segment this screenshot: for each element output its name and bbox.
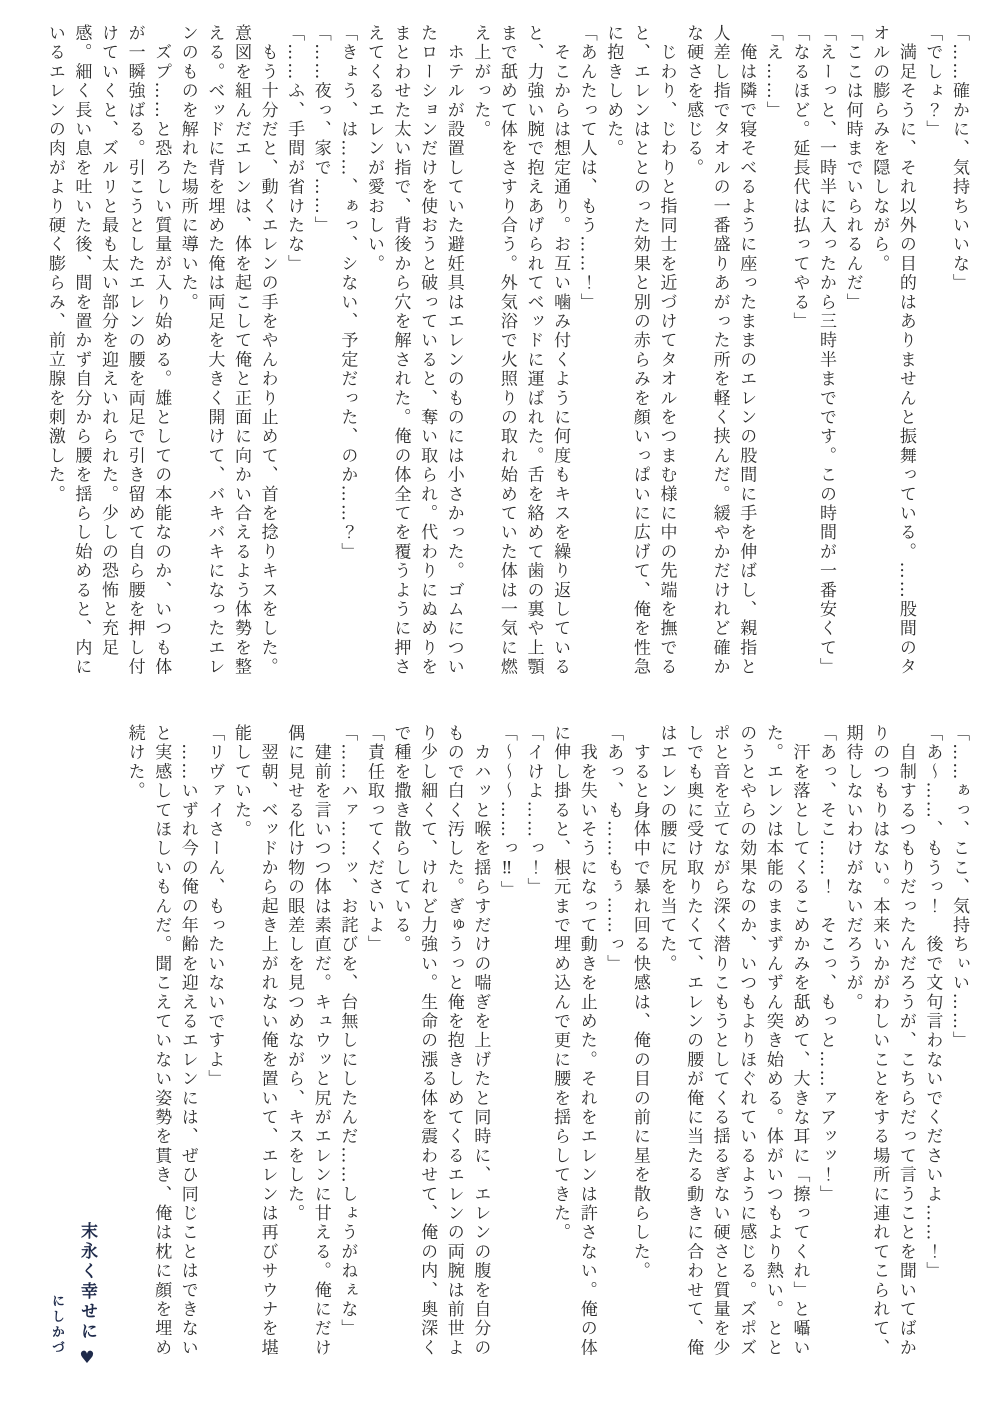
dialogue-line: 「あっ、そこ……！ そこっ、もっと……ァアッッ！」 [812, 724, 839, 1372]
dialogue-line: 「あんたって人は、もう……！」 [573, 24, 600, 686]
heart-icon: ♥ [77, 1348, 97, 1371]
novel-page: 「……確かに、気持ちいいな」 「でしょ？」 満足そうに、それ以外の目的はありませ… [0, 0, 1000, 1414]
author-signature: 末永く幸せに♥ にしかづ [34, 1222, 100, 1374]
narration-paragraph: 満足そうに、それ以外の目的はありませんと振舞っている。……股間のタオルの膨らみを… [866, 24, 919, 686]
dialogue-line: 「なるほど。延長代は払ってやる」 [786, 24, 813, 686]
narration-paragraph: 自制するつもりだったんだろうが、こちらだって言うことを聞いてばかりのつもりはない… [839, 724, 919, 1372]
dialogue-line: 「……ぁっ、ここ、気持ちぃい……」 [945, 724, 972, 1372]
narration-paragraph: じわり、じわりと指同士を近づけてタオルをつまむ様に中の先端を撫でると、エレンはと… [600, 24, 680, 686]
text-block-bottom: 「……ぁっ、ここ、気持ちぃい……」 「あ～……、もうっ！ 後で文句言わないでくだ… [108, 724, 972, 1372]
dialogue-line: 「～～～……っ‼」 [493, 724, 520, 1372]
dialogue-line: 「……ふ、手間が省けたな」 [281, 24, 308, 686]
narration-paragraph: 建前を言いつつ体は素直だ。キュウッと尻がエレンに甘える。俺にだけ偶に見せる化け物… [281, 724, 334, 1372]
text-block-top: 「……確かに、気持ちいいな」 「でしょ？」 満足そうに、それ以外の目的はありませ… [36, 24, 972, 686]
narration-paragraph: 汗を落としてくるこめかみを舐めて、大きな耳に「擦ってくれ」と囁いた。エレンは本能… [653, 724, 813, 1372]
dialogue-line: 「イけよ……っ！」 [520, 724, 547, 1372]
dialogue-line: 「あ～……、もうっ！ 後で文句言わないでくださいよ……！」 [919, 724, 946, 1372]
author-name: にしかづ [47, 1222, 66, 1374]
narration-paragraph: ズプ……と恐ろしい質量が入り始める。雄としての本能なのか、いつも体が一瞬強ばる。… [41, 24, 174, 686]
narration-paragraph: すると身体中で暴れ回る快感は、俺の目の前に星を散らした。 [626, 724, 653, 1372]
dialogue-line: 「でしょ？」 [919, 24, 946, 686]
dialogue-line: 「あっ、も……もぅ……っ」 [600, 724, 627, 1372]
dialogue-line: 「……確かに、気持ちいいな」 [945, 24, 972, 686]
dialogue-line: 「ここは何時までいられるんだ」 [839, 24, 866, 686]
dialogue-line: 「……ハァ……ッ、お詫びを、台無しにしたんだ……しょうがねぇな」 [334, 724, 361, 1372]
dialogue-line: 「えーっと、一時半に入ったから三時半までです。この時間が一番安くて」 [812, 24, 839, 686]
narration-paragraph: 我を失いそうになって動きを止めた。それをエレンは許さない。俺の体に伸し掛ると、根… [547, 724, 600, 1372]
narration-paragraph: ホテルが設置していた避妊具はエレンのものには小さかった。ゴムについたローションだ… [360, 24, 466, 686]
narration-paragraph: カハッと喉を揺らすだけの喘ぎを上げたと同時に、エレンの腹を自分のもので白く汚した… [387, 724, 493, 1372]
narration-paragraph: もう十分だと、動くエレンの手をやんわり止めて、首を捻りキスをした。意図を組んだエ… [174, 24, 280, 686]
dialogue-line: 「きょう、は……、ぁっ、シない、予定だった、のか……？」 [334, 24, 361, 686]
narration-paragraph: ……いずれ今の俺の年齢を迎えるエレンには、ぜひ同じことはできないと実感してほしい… [121, 724, 201, 1372]
signature-message: 末永く幸せに♥ [75, 1222, 100, 1374]
dialogue-line: 「……夜っ、家で……」 [307, 24, 334, 686]
dialogue-line: 「責任取ってくださいよ」 [360, 724, 387, 1372]
narration-paragraph: 翌朝、ベッドから起き上がれない俺を置いて、エレンは再びサウナを堪能していた。 [227, 724, 280, 1372]
narration-paragraph: 俺は隣で寝そべるように座ったままのエレンの股間に手を伸ばし、親指と人差し指でタオ… [679, 24, 759, 686]
dialogue-line: 「え……」 [759, 24, 786, 686]
dialogue-line: 「リヴァイさーん、もったいないですよ」 [201, 724, 228, 1372]
narration-paragraph: そこからは想定通り。お互い噛み付くように何度もキスを繰り返していると、力強い腕で… [467, 24, 573, 686]
